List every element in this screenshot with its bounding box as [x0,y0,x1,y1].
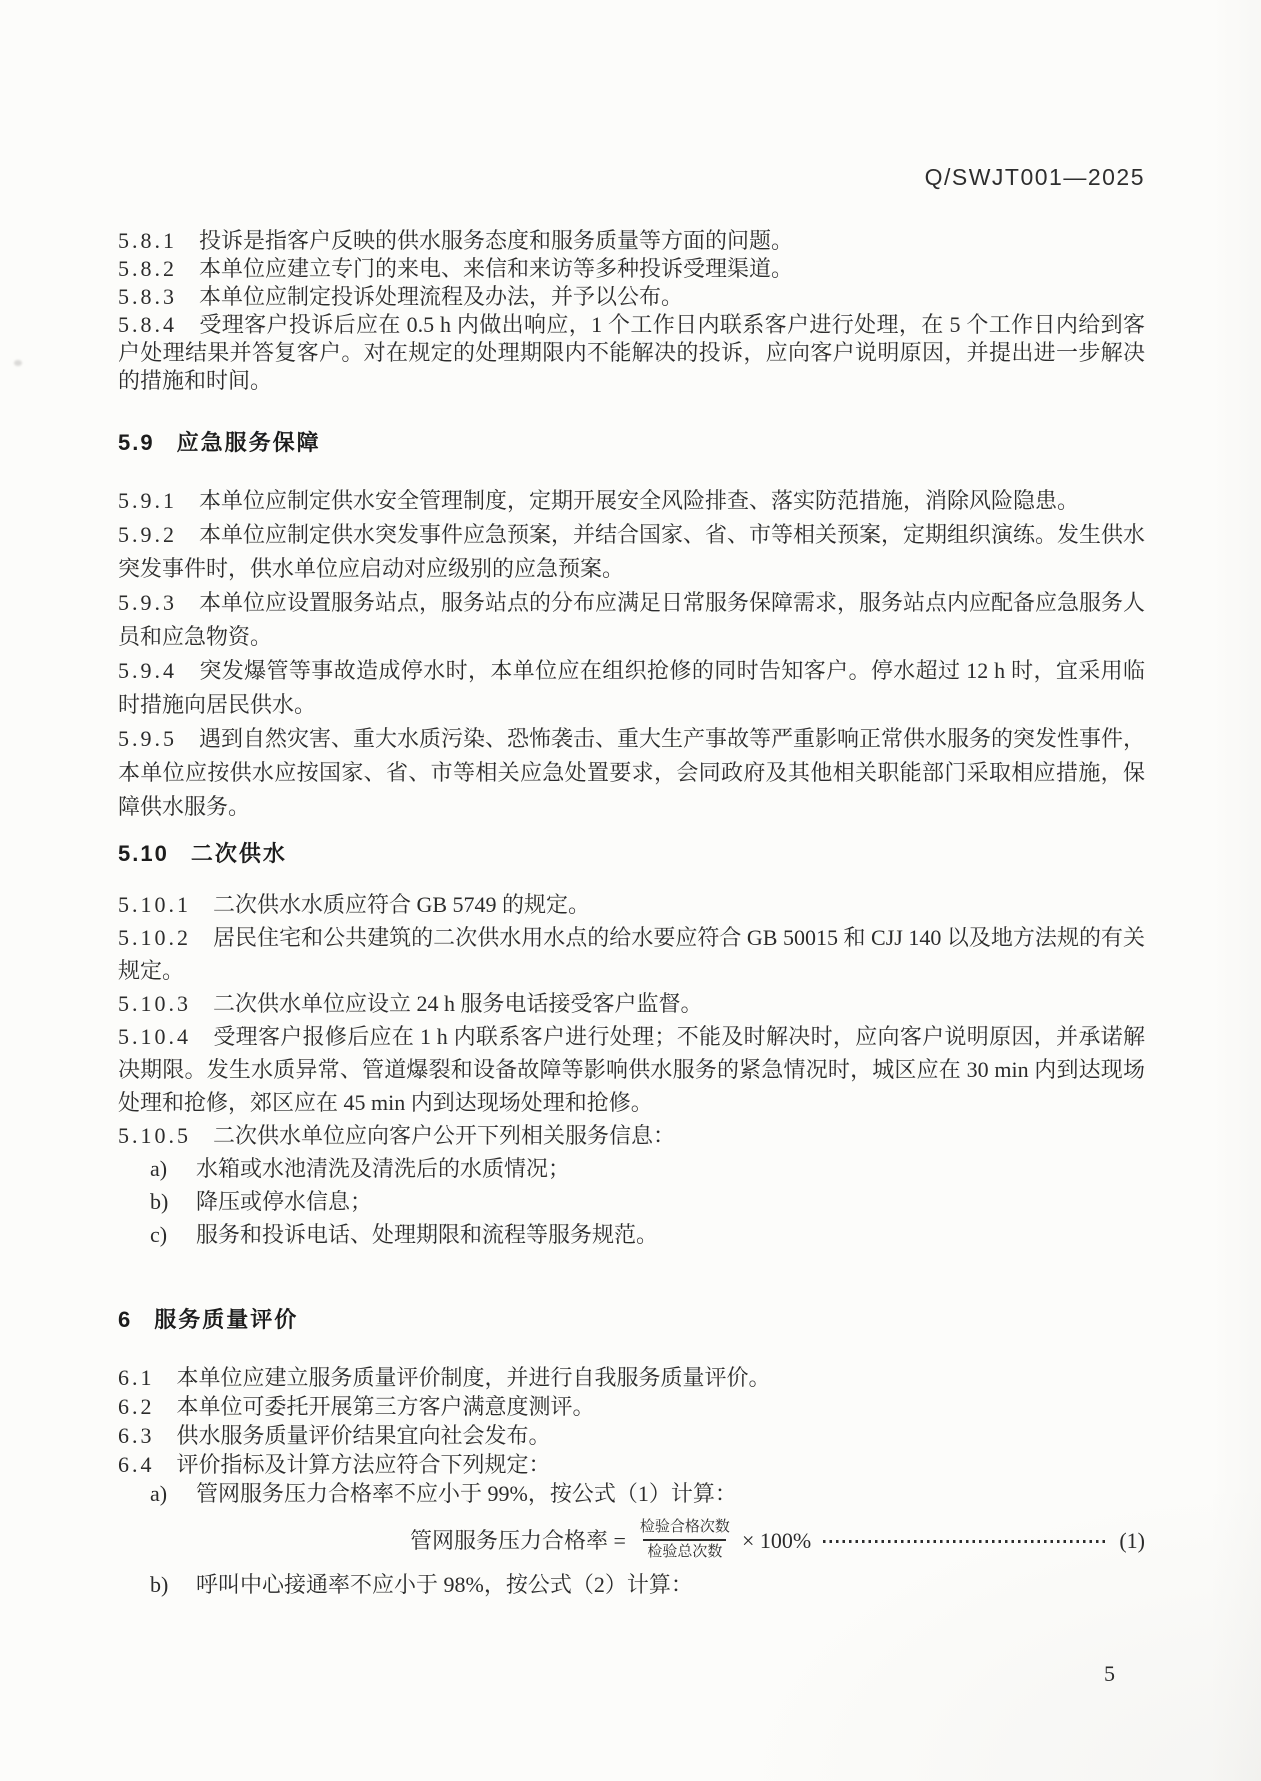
item-marker: b) [150,1570,196,1599]
clause-text: 突发爆管等事故造成停水时，本单位应在组织抢修的同时告知客户。停水超过 12 h … [118,658,1145,717]
section-heading-6: 6服务质量评价 [118,1306,1145,1334]
clause-text: 二次供水单位应向客户公开下列相关服务信息： [213,1123,675,1148]
item-marker: a) [150,1152,196,1185]
clause-5-10-1: 5.10.1二次供水水质应符合 GB 5749 的规定。 [118,888,1145,921]
clause-5-8-3: 5.8.3本单位应制定投诉处理流程及办法，并予以公布。 [118,283,1145,311]
document-code-header: Q/SWJT001—2025 [925,164,1145,191]
item-text: 呼叫中心接通率不应小于 98%，按公式（2）计算： [196,1570,1145,1599]
clause-text: 供水服务质量评价结果宜向社会发布。 [177,1423,551,1448]
clause-5-10-4: 5.10.4受理客户报修后应在 1 h 内联系客户进行处理；不能及时解决时，应向… [118,1020,1145,1119]
item-marker: c) [150,1218,196,1251]
clause-number: 5.10.4 [118,1024,191,1049]
heading-title: 服务质量评价 [154,1307,298,1332]
clause-text: 本单位应制定供水突发事件应急预案，并结合国家、省、市等相关预案，定期组织演练。发… [118,522,1145,581]
clause-text: 二次供水水质应符合 GB 5749 的规定。 [213,892,590,917]
fraction-numerator: 检验合格次数 [636,1517,734,1539]
fraction-denominator: 检验总次数 [643,1539,726,1564]
clause-text: 本单位应建立专门的来电、来信和来访等多种投诉受理渠道。 [199,256,793,281]
clause-number: 5.10.1 [118,892,191,917]
clause-6-4: 6.4评价指标及计算方法应符合下列规定： [118,1450,1145,1479]
section-heading-5-9: 5.9应急服务保障 [118,429,1145,457]
clause-text: 受理客户报修后应在 1 h 内联系客户进行处理；不能及时解决时，应向客户说明原因… [118,1024,1145,1115]
clause-5-10-5: 5.10.5二次供水单位应向客户公开下列相关服务信息： [118,1119,1145,1152]
clause-number: 5.8.1 [118,228,177,253]
section-6: 6.1本单位应建立服务质量评价制度，并进行自我服务质量评价。 6.2本单位可委托… [118,1363,1145,1599]
clause-6-3: 6.3供水服务质量评价结果宜向社会发布。 [118,1421,1145,1450]
clause-number: 5.9.4 [118,658,177,683]
clause-number: 5.9.1 [118,488,177,513]
page-body: 5.8.1投诉是指客户反映的供水服务态度和服务质量等方面的问题。 5.8.2本单… [118,227,1145,1599]
clause-text: 遇到自然灾害、重大水质污染、恐怖袭击、重大生产事故等严重影响正常供水服务的突发性… [118,726,1145,819]
list-item-c: c)服务和投诉电话、处理期限和流程等服务规范。 [118,1218,1145,1251]
formula-fraction: 检验合格次数 检验总次数 [636,1517,734,1564]
clause-number: 5.10.3 [118,991,191,1016]
clause-number: 6.3 [118,1423,155,1448]
clause-number: 6.2 [118,1394,155,1419]
clause-6-2: 6.2本单位可委托开展第三方客户满意度测评。 [118,1392,1145,1421]
item-marker: a) [150,1479,196,1508]
clause-text: 本单位应设置服务站点，服务站点的分布应满足日常服务保障需求，服务站点内应配备应急… [118,590,1145,649]
formula-1: 管网服务压力合格率 = 检验合格次数 检验总次数 × 100% (1) [118,1510,1145,1570]
clause-number: 5.9.2 [118,522,177,547]
heading-title: 二次供水 [191,841,287,866]
clause-5-8-2: 5.8.2本单位应建立专门的来电、来信和来访等多种投诉受理渠道。 [118,255,1145,283]
equation-number: (1) [1119,1526,1145,1555]
doc-code: Q/SWJT001—2025 [925,164,1145,190]
clause-5-9-2: 5.9.2本单位应制定供水突发事件应急预案，并结合国家、省、市等相关预案，定期组… [118,518,1145,586]
clause-number: 5.9.5 [118,726,177,751]
clause-5-9-3: 5.9.3本单位应设置服务站点，服务站点的分布应满足日常服务保障需求，服务站点内… [118,586,1145,654]
clause-5-9-4: 5.9.4突发爆管等事故造成停水时，本单位应在组织抢修的同时告知客户。停水超过 … [118,654,1145,722]
formula-multiplier: × 100% [742,1526,811,1555]
clause-number: 5.8.3 [118,284,177,309]
clause-text: 本单位应制定供水安全管理制度，定期开展安全风险排查、落实防范措施，消除风险隐患。 [199,488,1079,513]
heading-number: 5.10 [118,841,169,866]
list-item-b: b)呼叫中心接通率不应小于 98%，按公式（2）计算： [118,1570,1145,1599]
clause-5-8-4: 5.8.4受理客户投诉后应在 0.5 h 内做出响应，1 个工作日内联系客户进行… [118,311,1145,395]
section-heading-5-10: 5.10二次供水 [118,840,1145,868]
formula-lhs: 管网服务压力合格率 = [410,1526,626,1555]
clause-number: 6.1 [118,1365,155,1390]
clause-number: 5.9.3 [118,590,177,615]
clause-number: 5.8.2 [118,256,177,281]
item-text: 水箱或水池清洗及清洗后的水质情况； [196,1152,1145,1185]
clause-text: 评价指标及计算方法应符合下列规定： [177,1452,551,1477]
clause-5-9-1: 5.9.1本单位应制定供水安全管理制度，定期开展安全风险排查、落实防范措施，消除… [118,484,1145,518]
clause-text: 二次供水单位应设立 24 h 服务电话接受客户监督。 [213,991,703,1016]
clause-text: 居民住宅和公共建筑的二次供水用水点的给水要应符合 GB 50015 和 CJJ … [118,925,1145,983]
list-item-a: a)水箱或水池清洗及清洗后的水质情况； [118,1152,1145,1185]
page-number: 5 [1104,1661,1115,1687]
dot-leader [823,1540,1109,1543]
clause-text: 本单位可委托开展第三方客户满意度测评。 [177,1394,595,1419]
clause-6-1: 6.1本单位应建立服务质量评价制度，并进行自我服务质量评价。 [118,1363,1145,1392]
section-5-9: 5.9.1本单位应制定供水安全管理制度，定期开展安全风险排查、落实防范措施，消除… [118,484,1145,824]
heading-number: 5.9 [118,430,155,455]
list-item-a: a)管网服务压力合格率不应小于 99%，按公式（1）计算： [118,1479,1145,1508]
item-text: 服务和投诉电话、处理期限和流程等服务规范。 [196,1218,1145,1251]
clause-number: 5.10.2 [118,925,191,950]
item-text: 降压或停水信息； [196,1185,1145,1218]
clause-text: 本单位应建立服务质量评价制度，并进行自我服务质量评价。 [177,1365,771,1390]
heading-number: 6 [118,1307,132,1332]
clause-5-8-1: 5.8.1投诉是指客户反映的供水服务态度和服务质量等方面的问题。 [118,227,1145,255]
clause-5-10-2: 5.10.2居民住宅和公共建筑的二次供水用水点的给水要应符合 GB 50015 … [118,921,1145,987]
clause-5-10-3: 5.10.3二次供水单位应设立 24 h 服务电话接受客户监督。 [118,987,1145,1020]
scanned-document-page: { "header": { "doc_code": "Q/SWJT001—202… [0,0,1261,1781]
item-marker: b) [150,1185,196,1218]
list-item-b: b)降压或停水信息； [118,1185,1145,1218]
clause-number: 5.8.4 [118,312,177,337]
clause-text: 本单位应制定投诉处理流程及办法，并予以公布。 [199,284,683,309]
section-5-8: 5.8.1投诉是指客户反映的供水服务态度和服务质量等方面的问题。 5.8.2本单… [118,227,1145,395]
scan-artifact [14,360,22,366]
section-5-10: 5.10.1二次供水水质应符合 GB 5749 的规定。 5.10.2居民住宅和… [118,888,1145,1251]
item-text: 管网服务压力合格率不应小于 99%，按公式（1）计算： [196,1479,1145,1508]
heading-title: 应急服务保障 [177,430,321,455]
clause-number: 6.4 [118,1452,155,1477]
clause-number: 5.10.5 [118,1123,191,1148]
clause-5-9-5: 5.9.5遇到自然灾害、重大水质污染、恐怖袭击、重大生产事故等严重影响正常供水服… [118,722,1145,824]
clause-text: 受理客户投诉后应在 0.5 h 内做出响应，1 个工作日内联系客户进行处理，在 … [118,312,1145,393]
clause-text: 投诉是指客户反映的供水服务态度和服务质量等方面的问题。 [199,228,793,253]
